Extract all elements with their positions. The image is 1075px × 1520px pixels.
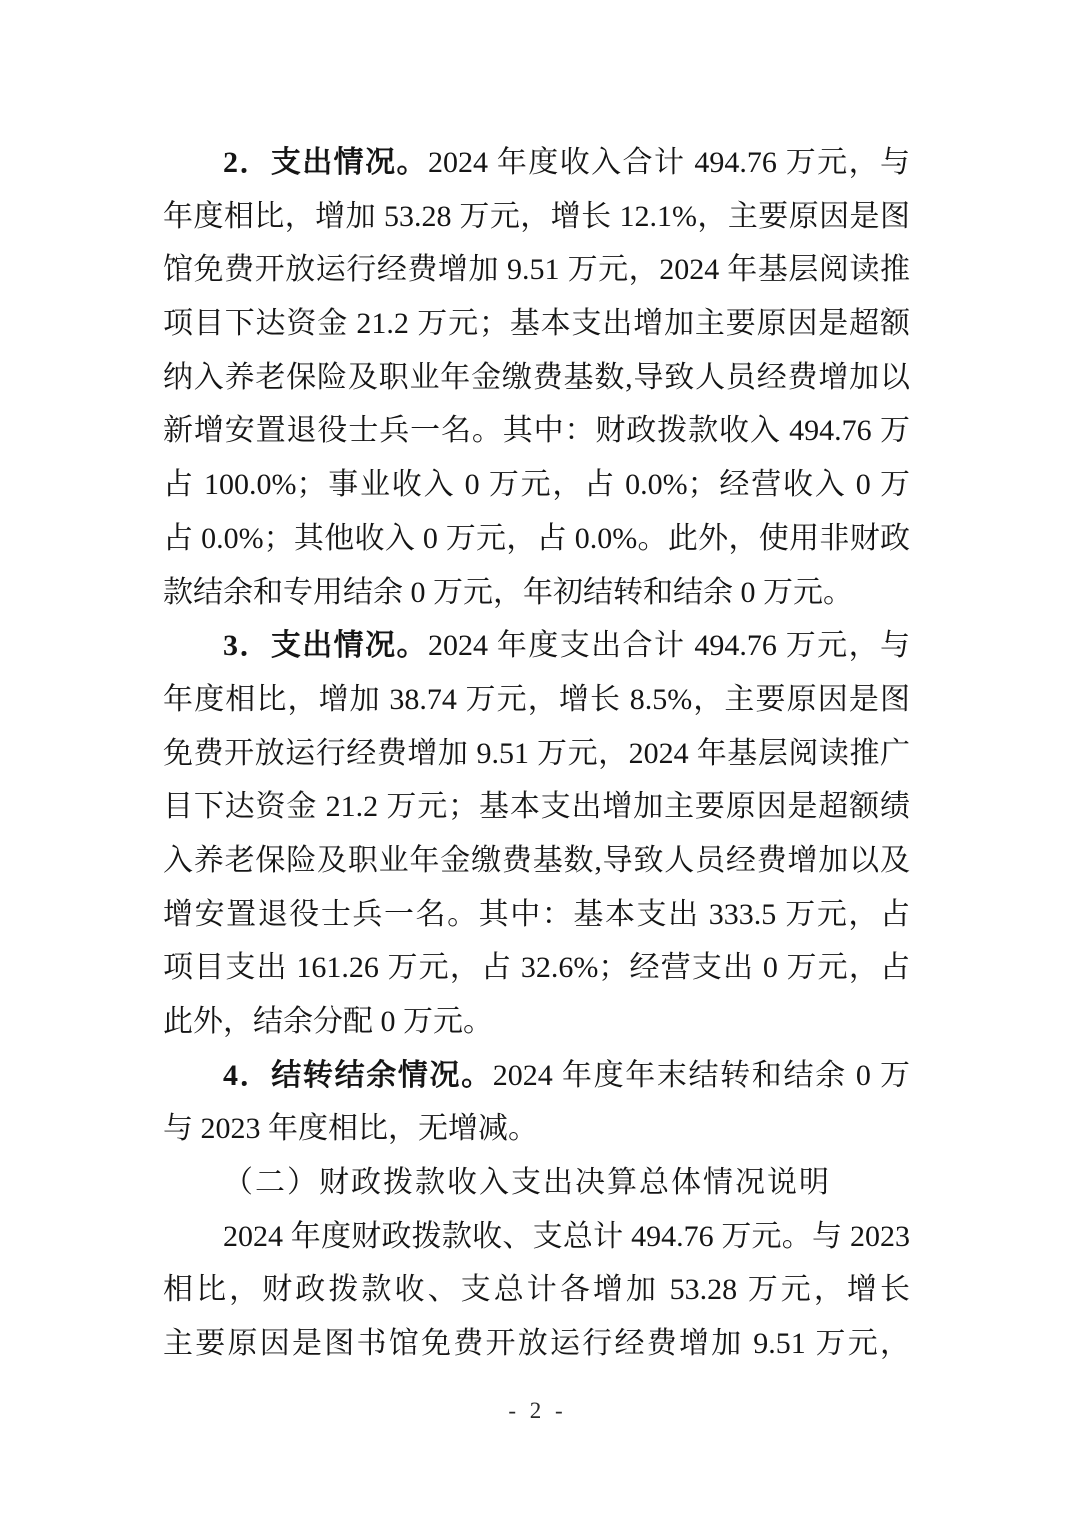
text-line: 2024 年度财政拨款收、支总计 494.76 万元。与 2023 年: [163, 1210, 910, 1264]
line-text: 新增安置退役士兵一名。其中：财政拨款收入 494.76 万元，: [163, 414, 910, 458]
line-text: 年度相比，增加 53.28 万元，增长 12.1%，主要原因是图书: [163, 200, 910, 244]
line-text: 免费开放运行经费增加 9.51 万元，2024 年基层阅读推广项: [163, 737, 910, 781]
text-line: 此外，结余分配 0 万元。: [163, 995, 910, 1049]
line-text: 主要原因是图书馆免费开放运行经费增加 9.51 万元，2024: [163, 1327, 910, 1371]
line-text: 占 100.0%；事业收入 0 万元，占 0.0%；经营收入 0 万元，: [163, 468, 910, 512]
text-line: 占 0.0%；其他收入 0 万元，占 0.0%。此外，使用非财政拨: [163, 512, 910, 566]
line-text: 入养老保险及职业年金缴费基数,导致人员经费增加以及新: [163, 844, 910, 888]
text-line: 年度相比，增加 38.74 万元，增长 8.5%，主要原因是图书馆: [163, 673, 910, 727]
line-text: 目下达资金 21.2 万元；基本支出增加主要原因是超额绩效纳: [163, 790, 910, 834]
text-block: 2．支出情况。2024 年度收入合计 494.76 万元，与 2023年度相比，…: [163, 136, 910, 1371]
line-text: （二）财政拨款收入支出决算总体情况说明: [223, 1166, 831, 1199]
text-line: 馆免费开放运行经费增加 9.51 万元，2024 年基层阅读推广: [163, 243, 910, 297]
line-text: 项目下达资金 21.2 万元；基本支出增加主要原因是超额绩效: [163, 307, 910, 351]
text-line: 项目支出 161.26 万元，占 32.6%；经营支出 0 万元，占 0.0%。: [163, 941, 910, 995]
text-line: 2．支出情况。2024 年度收入合计 494.76 万元，与 2023: [163, 136, 910, 190]
line-text: 年度相比，增加 38.74 万元，增长 8.5%，主要原因是图书馆: [163, 683, 910, 727]
line-text: 2024 年度财政拨款收、支总计 494.76 万元。与 2023 年: [223, 1220, 910, 1264]
line-text: 纳入养老保险及职业年金缴费基数,导致人员经费增加以及: [163, 361, 910, 405]
line-text: 项目支出 161.26 万元，占 32.6%；经营支出 0 万元，占 0.0%。: [163, 951, 910, 995]
text-line: 新增安置退役士兵一名。其中：财政拨款收入 494.76 万元，: [163, 404, 910, 458]
line-text: 占 0.0%；其他收入 0 万元，占 0.0%。此外，使用非财政拨: [163, 522, 910, 566]
text-line: 3．支出情况。2024 年度支出合计 494.76 万元，与 2023: [163, 619, 910, 673]
document-page: 2．支出情况。2024 年度收入合计 494.76 万元，与 2023年度相比，…: [0, 0, 1075, 1520]
line-text: 此外，结余分配 0 万元。: [163, 1005, 493, 1038]
section-heading: 4．结转结余情况。: [223, 1059, 493, 1092]
text-line: 主要原因是图书馆免费开放运行经费增加 9.51 万元，2024: [163, 1317, 910, 1371]
text-line: 纳入养老保险及职业年金缴费基数,导致人员经费增加以及: [163, 351, 910, 405]
text-line: 年度相比，增加 53.28 万元，增长 12.1%，主要原因是图书: [163, 190, 910, 244]
text-line: 增安置退役士兵一名。其中：基本支出 333.5 万元，占 67.4%；: [163, 888, 910, 942]
page-number: - 2 -: [0, 1398, 1075, 1424]
text-line: 与 2023 年度相比，无增减。: [163, 1102, 910, 1156]
section-heading: 3．支出情况。: [223, 629, 428, 662]
subsection-heading: （二）财政拨款收入支出决算总体情况说明: [163, 1156, 910, 1210]
text-line: 项目下达资金 21.2 万元；基本支出增加主要原因是超额绩效: [163, 297, 910, 351]
text-line: 免费开放运行经费增加 9.51 万元，2024 年基层阅读推广项: [163, 727, 910, 781]
text-line: 目下达资金 21.2 万元；基本支出增加主要原因是超额绩效纳: [163, 780, 910, 834]
text-line: 4．结转结余情况。2024 年度年末结转和结余 0 万元，: [163, 1049, 910, 1103]
line-text: 相比，财政拨款收、支总计各增加 53.28 万元，增长 12.1%。: [163, 1273, 910, 1317]
line-text: 馆免费开放运行经费增加 9.51 万元，2024 年基层阅读推广: [163, 253, 910, 297]
text-line: 入养老保险及职业年金缴费基数,导致人员经费增加以及新: [163, 834, 910, 888]
section-heading: 2．支出情况。: [223, 146, 428, 179]
line-text: 增安置退役士兵一名。其中：基本支出 333.5 万元，占 67.4%；: [163, 898, 910, 942]
text-line: 款结余和专用结余 0 万元，年初结转和结余 0 万元。: [163, 566, 910, 620]
text-line: 占 100.0%；事业收入 0 万元，占 0.0%；经营收入 0 万元，: [163, 458, 910, 512]
line-text: 款结余和专用结余 0 万元，年初结转和结余 0 万元。: [163, 576, 853, 609]
text-line: 相比，财政拨款收、支总计各增加 53.28 万元，增长 12.1%。: [163, 1263, 910, 1317]
line-text: 与 2023 年度相比，无增减。: [163, 1112, 538, 1145]
